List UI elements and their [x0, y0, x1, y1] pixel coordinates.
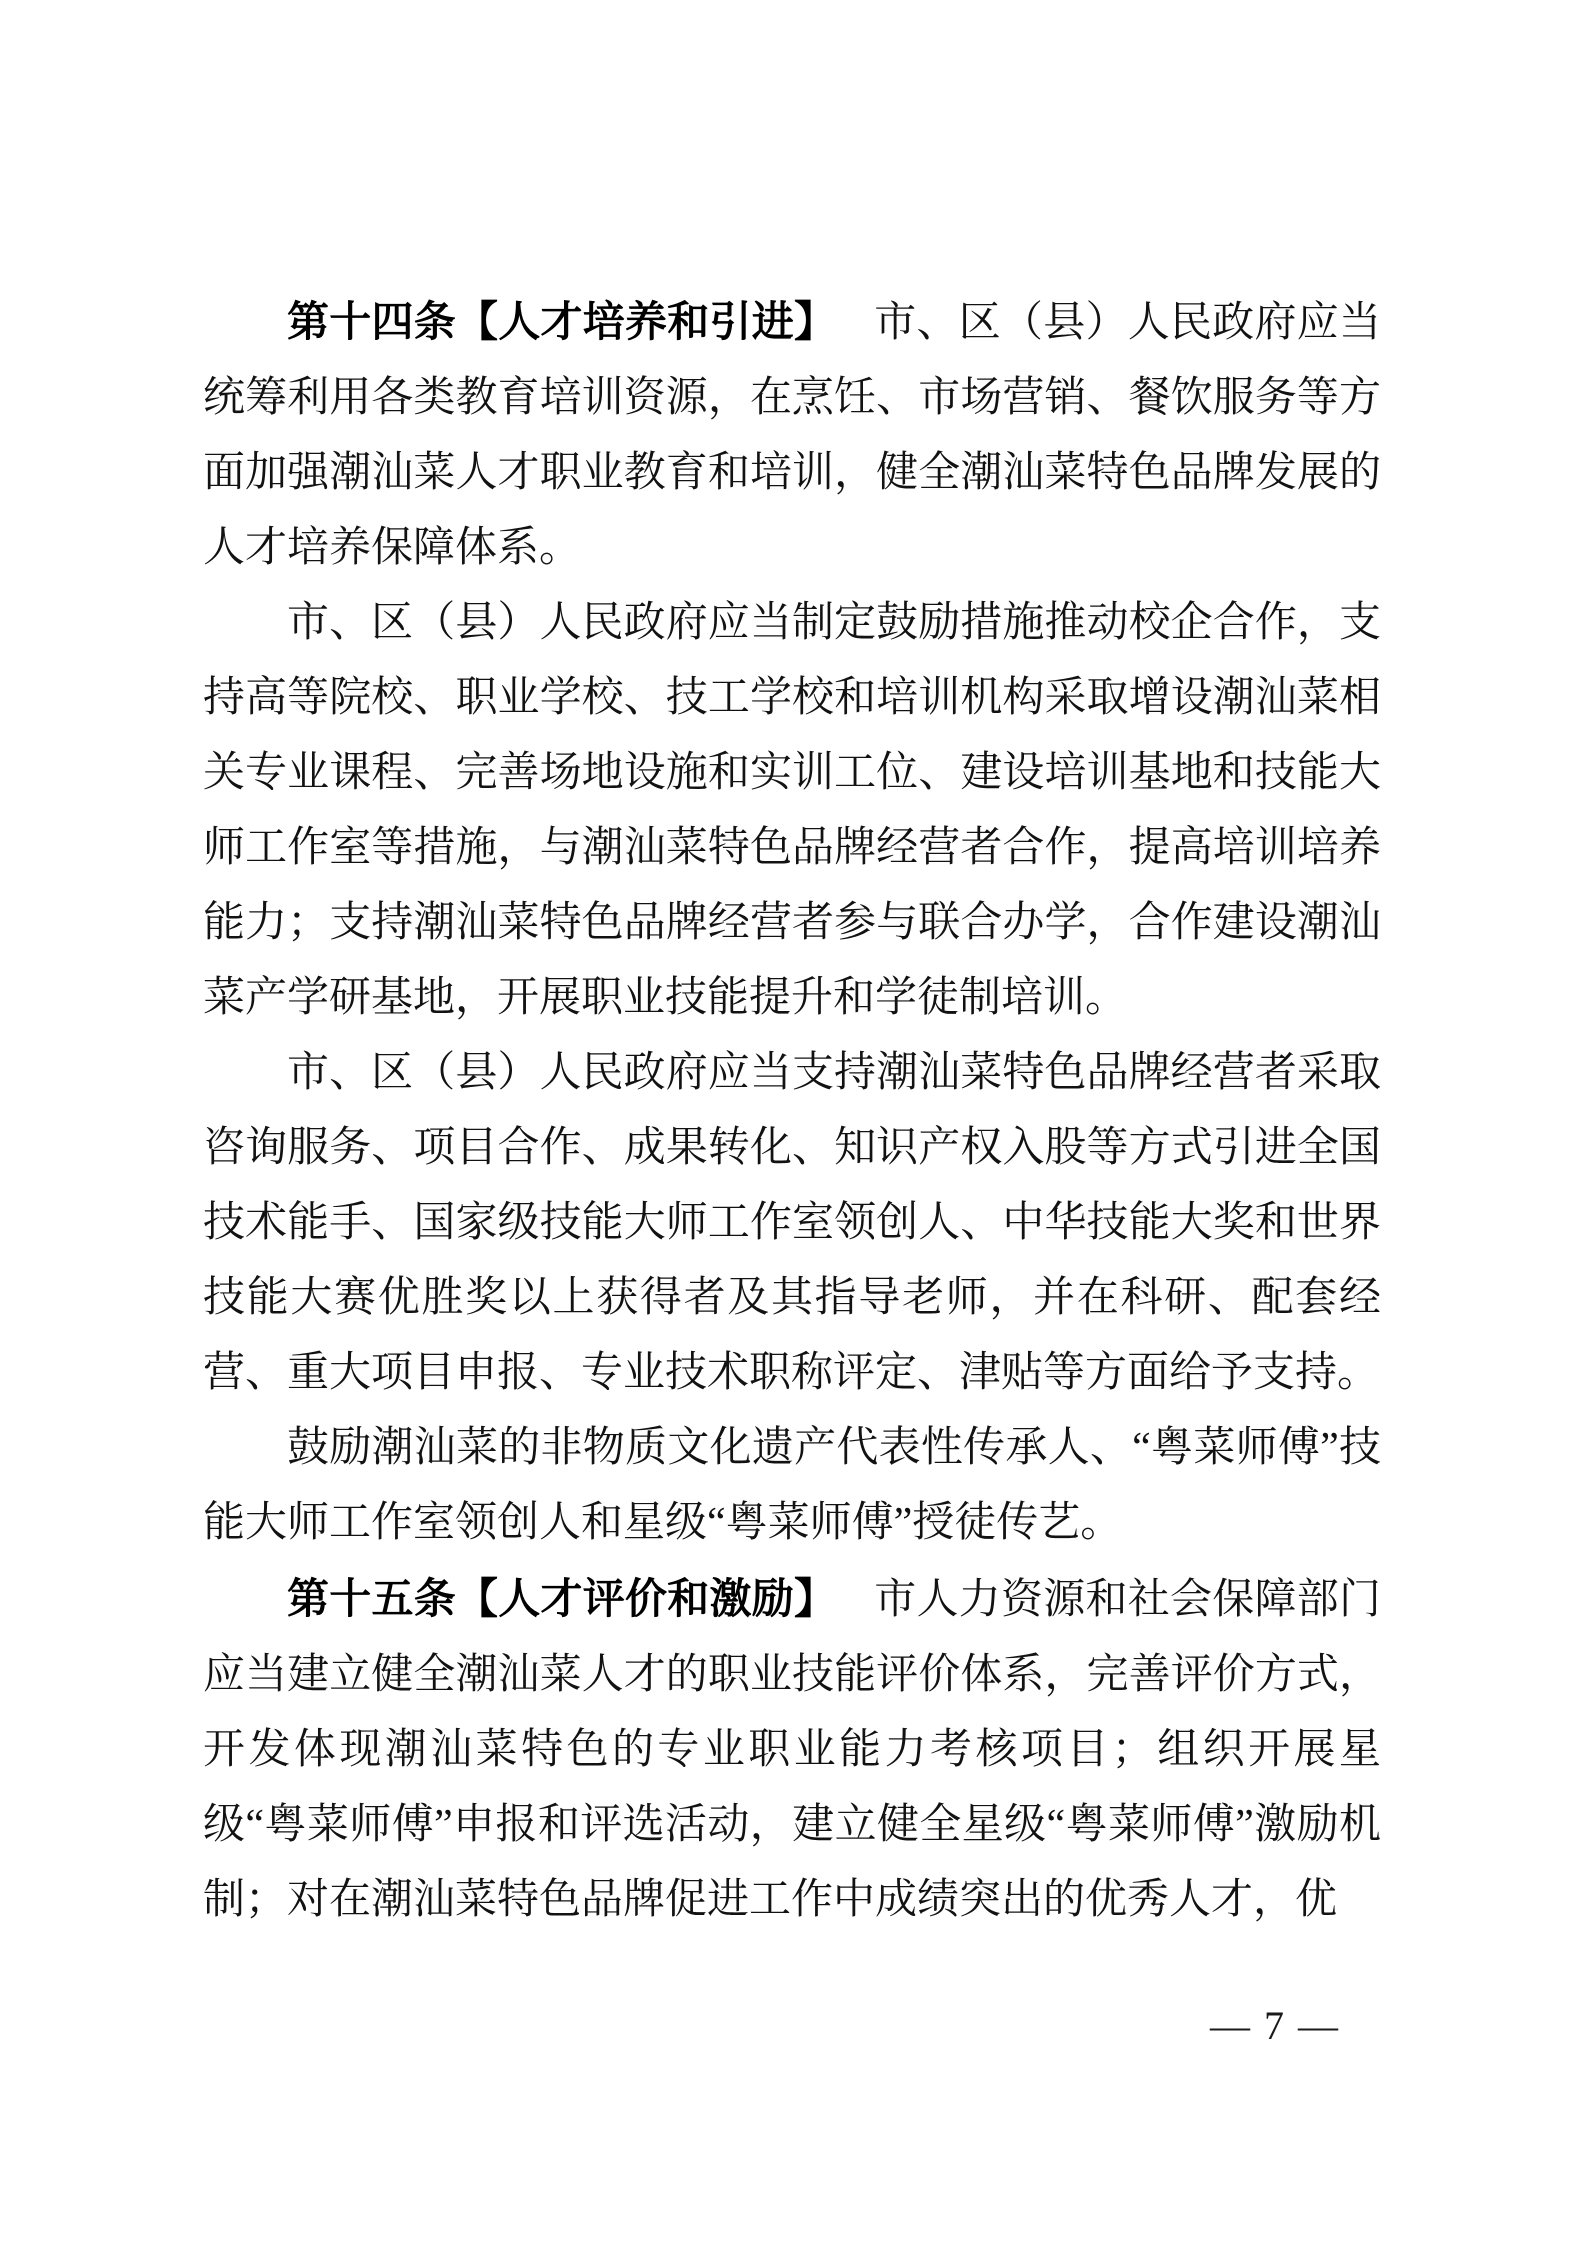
- page-number: — 7 —: [1210, 2001, 1340, 2051]
- document-body: 第十四条【人才培养和引进】市、区（县）人民政府应当统筹利用各类教育培训资源，在烹…: [203, 284, 1381, 1938]
- paragraph-article-15: 第十五条【人才评价和激励】市人力资源和社会保障部门应当建立健全潮汕菜人才的职业技…: [203, 1561, 1381, 1938]
- paragraph-text: 市人力资源和社会保障部门应当建立健全潮汕菜人才的职业技能评价体系，完善评价方式，…: [203, 1577, 1381, 1923]
- paragraph: 鼓励潮汕菜的非物质文化遗产代表性传承人、“粤菜师傅”技能大师工作室领创人和星级“…: [203, 1411, 1381, 1561]
- paragraph-article-14: 第十四条【人才培养和引进】市、区（县）人民政府应当统筹利用各类教育培训资源，在烹…: [203, 284, 1381, 586]
- paragraph: 市、区（县）人民政府应当制定鼓励措施推动校企合作，支持高等院校、职业学校、技工学…: [203, 586, 1381, 1036]
- document-page: 第十四条【人才培养和引进】市、区（县）人民政府应当统筹利用各类教育培训资源，在烹…: [0, 0, 1587, 2245]
- article-14-heading: 第十四条【人才培养和引进】: [287, 298, 836, 345]
- paragraph: 市、区（县）人民政府应当支持潮汕菜特色品牌经营者采取咨询服务、项目合作、成果转化…: [203, 1036, 1381, 1411]
- article-15-heading: 第十五条【人才评价和激励】: [287, 1575, 836, 1622]
- paragraph-text: 市、区（县）人民政府应当支持潮汕菜特色品牌经营者采取咨询服务、项目合作、成果转化…: [203, 1050, 1381, 1396]
- paragraph-text: 鼓励潮汕菜的非物质文化遗产代表性传承人、“粤菜师傅”技能大师工作室领创人和星级“…: [203, 1425, 1381, 1546]
- paragraph-text: 市、区（县）人民政府应当制定鼓励措施推动校企合作，支持高等院校、职业学校、技工学…: [203, 600, 1381, 1021]
